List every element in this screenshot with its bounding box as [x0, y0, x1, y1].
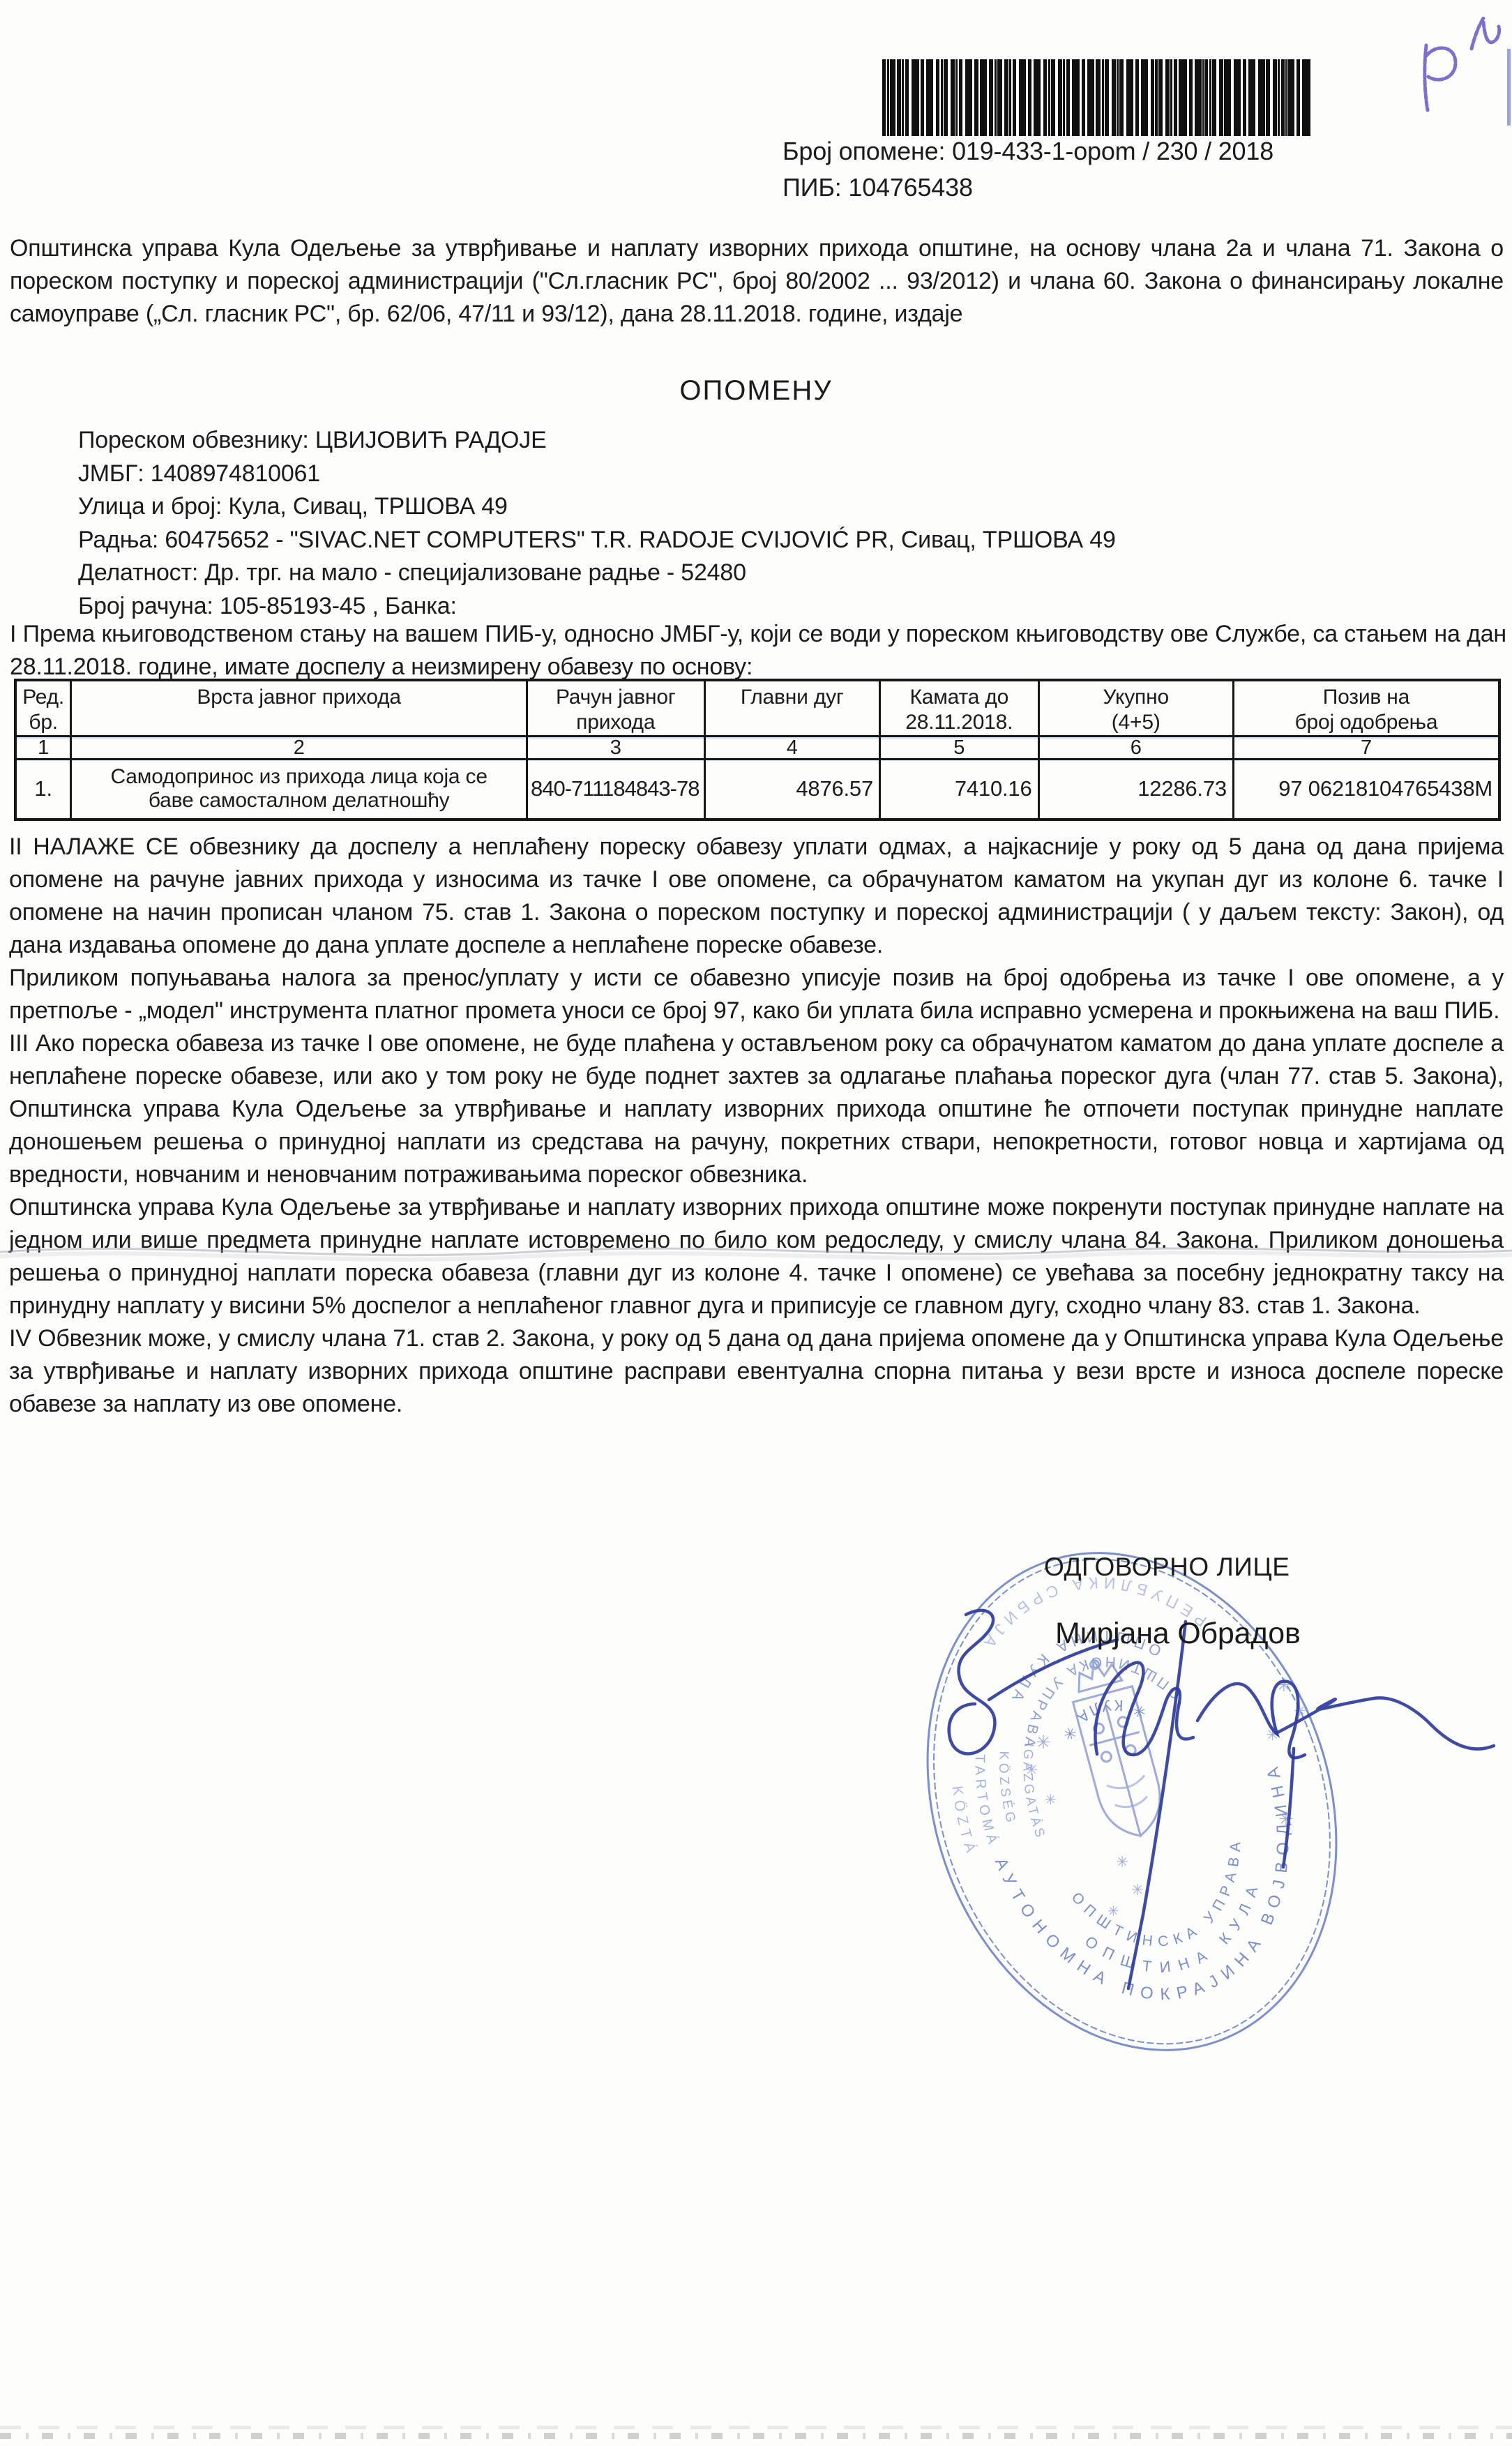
svg-text:✳: ✳	[1107, 1904, 1119, 1919]
stamp-rings: РЕПУБЛИКА СРБИЈА KÖZTÁRSASÁG АУТОНОМНА П…	[886, 1524, 1404, 2103]
svg-text:✳: ✳	[1116, 1853, 1128, 1871]
cell-interest: 7410.16	[880, 760, 1038, 820]
taxpayer-address-line: Улица и број: Кула, Сивац, ТРШОВА 49	[78, 490, 1116, 524]
scan-noise-strip	[0, 2426, 1512, 2429]
cell-revenue-type: Самодопринос из прихода лица која се бав…	[71, 760, 527, 820]
body-paragraphs: II НАЛАЖЕ СЕ обвезнику да доспелу а непл…	[9, 831, 1504, 1421]
scanned-tax-notice-page: Број опомене: 019-433-1-opom / 230 / 201…	[0, 0, 1512, 2446]
document-title: ОПОМЕНУ	[0, 375, 1512, 407]
payment-instruction-paragraph: Приликом попуњавања налога за пренос/упл…	[9, 962, 1504, 1027]
debt-table: Ред. бр. Врста јавног прихода Рачун јавн…	[14, 679, 1501, 821]
taxpayer-name-line: Пореском обвезнику: ЦВИЈОВИЋ РАДОЈЕ	[78, 424, 1116, 458]
table-row: 1. Самодопринос из прихода лица која се …	[15, 760, 1499, 820]
cell-total: 12286.73	[1038, 760, 1233, 820]
col-number: 4	[704, 737, 880, 760]
barcode	[882, 59, 1311, 136]
col-header-principal: Главни дуг	[704, 680, 880, 737]
handwritten-mark	[1405, 7, 1510, 119]
table-header-row: Ред. бр. Врста јавног прихода Рачун јавн…	[15, 680, 1499, 737]
col-header-interest: Камата до 28.11.2018.	[880, 680, 1038, 737]
svg-text:✳: ✳	[1278, 1809, 1294, 1829]
section-2-paragraph: II НАЛАЖЕ СЕ обвезнику да доспелу а непл…	[9, 831, 1504, 962]
section-4-paragraph: IV Обвезник може, у смислу члана 71. ста…	[9, 1322, 1504, 1421]
col-number: 3	[527, 737, 705, 760]
pib-number: ПИБ: 104765438	[783, 173, 973, 202]
svg-text:✳: ✳	[1036, 1732, 1051, 1753]
svg-text:✳: ✳	[1025, 1761, 1038, 1779]
stamp-ring-hu-province: TARTOMÁN	[886, 1571, 1018, 1885]
taxpayer-shop-line: Радња: 60475652 - "SIVAC.NET COMPUTERS" …	[78, 524, 1116, 557]
col-header-reference: Позив на број одобрења	[1233, 680, 1499, 737]
cell-account: 840-711184843-78	[527, 760, 705, 820]
svg-text:✳: ✳	[1045, 1792, 1057, 1808]
svg-text:TARTOMÁN: TARTOMÁN	[886, 1571, 1018, 1885]
section-1-paragraph: I Према књиговодственом стању на вашем П…	[10, 618, 1506, 684]
responsible-person-name: Мирјана Обрадов	[1055, 1617, 1301, 1651]
official-round-stamp: РЕПУБЛИКА СРБИЈА KÖZTÁRSASÁG АУТОНОМНА П…	[886, 1524, 1512, 2103]
svg-text:✳: ✳	[1131, 1881, 1144, 1898]
cell-principal: 4876.57	[704, 760, 880, 820]
taxpayer-details: Пореском обвезнику: ЦВИЈОВИЋ РАДОЈЕ ЈМБГ…	[78, 424, 1116, 623]
col-header-ordinal: Ред. бр.	[15, 680, 71, 737]
cell-reference-number: 97 06218104765438M	[1233, 760, 1499, 820]
col-header-total: Укупно (4+5)	[1038, 680, 1233, 737]
col-number: 5	[880, 737, 1038, 760]
col-number: 1	[15, 737, 71, 760]
col-header-account: Рачун јавног прихода	[527, 680, 705, 737]
cell-ordinal: 1.	[15, 760, 71, 820]
col-number: 2	[71, 737, 527, 760]
signature-stroke-left	[949, 1610, 995, 1753]
taxpayer-activity-line: Делатност: Др. трг. на мало - специјализ…	[78, 557, 1116, 590]
taxpayer-jmbg-line: ЈМБГ: 1408974810061	[78, 458, 1116, 491]
paper-crease-artifact	[0, 1231, 1512, 1273]
notice-number: Број опомене: 019-433-1-opom / 230 / 201…	[783, 137, 1273, 166]
col-number: 6	[1038, 737, 1233, 760]
responsible-person-label: ОДГОВОРНО ЛИЦЕ	[1044, 1553, 1290, 1582]
table-column-numbers-row: 1 2 3 4 5 6 7	[15, 737, 1499, 760]
scan-noise-strip	[0, 2433, 1512, 2439]
section-3-paragraph: III Ако пореска обавеза из тачке I ове о…	[9, 1027, 1504, 1191]
signature-stroke-tail	[1276, 1698, 1494, 1749]
col-number: 7	[1233, 737, 1499, 760]
intro-paragraph: Општинска управа Кула Одељење за утврђив…	[10, 232, 1504, 331]
col-header-revenue-type: Врста јавног прихода	[71, 680, 527, 737]
